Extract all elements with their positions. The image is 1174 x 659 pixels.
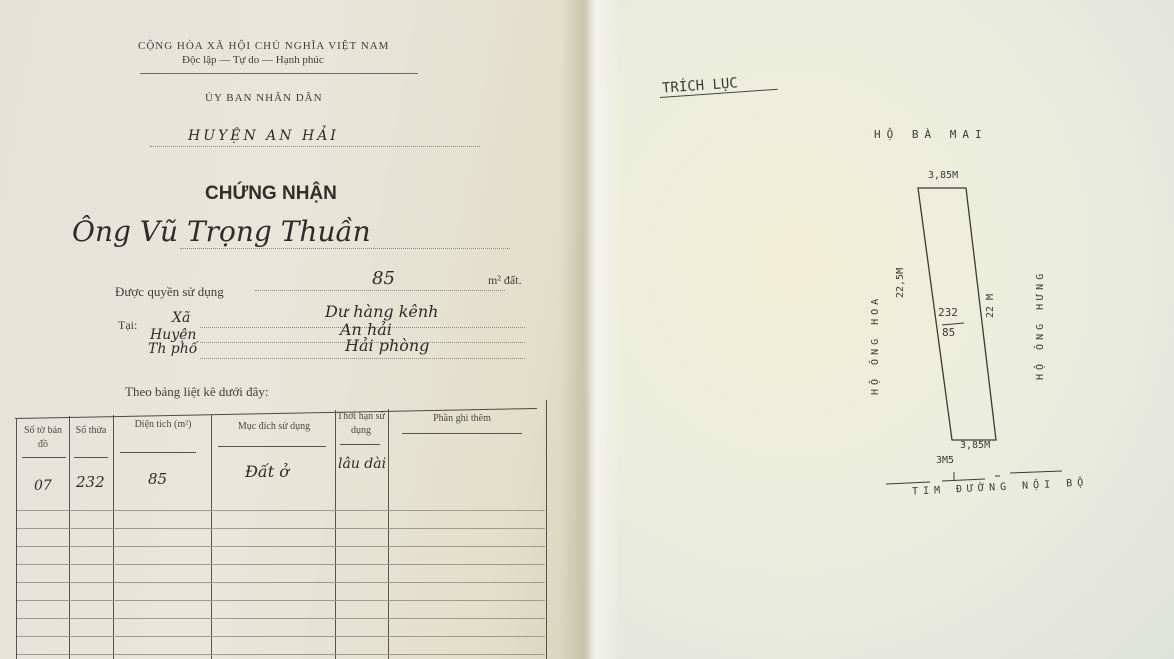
cell-map-sheet: 07 <box>34 478 52 494</box>
table-intro: Theo bảng liệt kê dưới đây: <box>125 384 269 400</box>
row-line <box>17 528 545 529</box>
col-border <box>546 400 547 659</box>
header-purpose: Mục đích sử dụng <box>215 420 333 434</box>
certificate-page: CỘNG HÒA XÃ HỘI CHỦ NGHĨA VIỆT NAM Độc l… <box>0 0 590 659</box>
book-spine <box>560 0 620 659</box>
commune-label: Xã <box>172 310 190 326</box>
col-border <box>69 416 70 659</box>
right-length: 22 M <box>985 294 996 318</box>
cell-area: 85 <box>148 470 167 488</box>
north-neighbor: HỘ BÀ MAI <box>874 128 988 141</box>
city-value: Hải phòng <box>345 336 429 355</box>
area-line <box>255 290 505 291</box>
header-underline <box>22 457 66 458</box>
col-border <box>335 410 336 659</box>
location-label: Tại: <box>118 318 137 333</box>
header-notes: Phần ghi thêm <box>392 412 532 426</box>
header-underline <box>340 444 380 445</box>
commune-value: Dư hàng kênh <box>325 302 438 321</box>
row-line <box>17 654 545 655</box>
header-term: Thời hạn sử dụng <box>336 410 386 438</box>
area-unit: m² đất. <box>488 273 522 288</box>
parcel-number: 232 <box>938 306 958 319</box>
row-line <box>17 510 545 511</box>
usage-label: Được quyền sử dụng <box>115 284 224 300</box>
parcel-area: 85 <box>942 326 955 339</box>
cell-parcel: 232 <box>76 473 105 491</box>
row-line <box>17 636 545 637</box>
left-length: 22,5M <box>895 268 906 298</box>
header-area: Diện tích (m²) <box>118 418 208 432</box>
area-value: 85 <box>372 268 395 289</box>
issuer-line <box>150 146 480 147</box>
header-underline <box>402 433 522 434</box>
header-divider <box>140 73 418 74</box>
header-underline <box>120 452 196 453</box>
east-neighbor: HỘ ÔNG HƯNG <box>1035 270 1046 380</box>
west-neighbor: HỘ ÔNG HOA <box>870 295 881 395</box>
city-label: Th phố <box>148 341 197 357</box>
row-line <box>17 564 545 565</box>
header-parcel: Số thửa <box>70 424 112 438</box>
row-line <box>17 546 545 547</box>
cell-term: lâu dài <box>338 456 386 472</box>
row-line <box>17 582 545 583</box>
header-map-sheet: Số tờ bản đồ <box>18 424 68 452</box>
holder-name: Ông Vũ Trọng Thuần <box>72 215 371 248</box>
issuer-name: HUYỆN AN HẢI <box>188 128 339 144</box>
national-header: CỘNG HÒA XÃ HỘI CHỦ NGHĨA VIỆT NAM <box>138 40 389 52</box>
bottom-width: 3,85M <box>960 440 990 451</box>
header-underline <box>218 446 326 447</box>
city-line <box>200 358 525 359</box>
national-motto: Độc lập — Tự do — Hạnh phúc <box>182 54 324 66</box>
row-line <box>17 618 545 619</box>
col-border <box>16 418 17 659</box>
issuer-label: ỦY BAN NHÂN DÂN <box>205 92 323 104</box>
holder-line <box>180 248 510 249</box>
top-width: 3,85M <box>928 170 958 181</box>
row-line <box>17 600 545 601</box>
col-border <box>388 409 389 659</box>
col-border <box>113 415 114 659</box>
certificate-title: CHỨNG NHẬN <box>205 183 337 205</box>
header-underline <box>74 457 108 458</box>
cell-purpose: Đất ở <box>245 462 289 481</box>
col-border <box>211 414 212 659</box>
